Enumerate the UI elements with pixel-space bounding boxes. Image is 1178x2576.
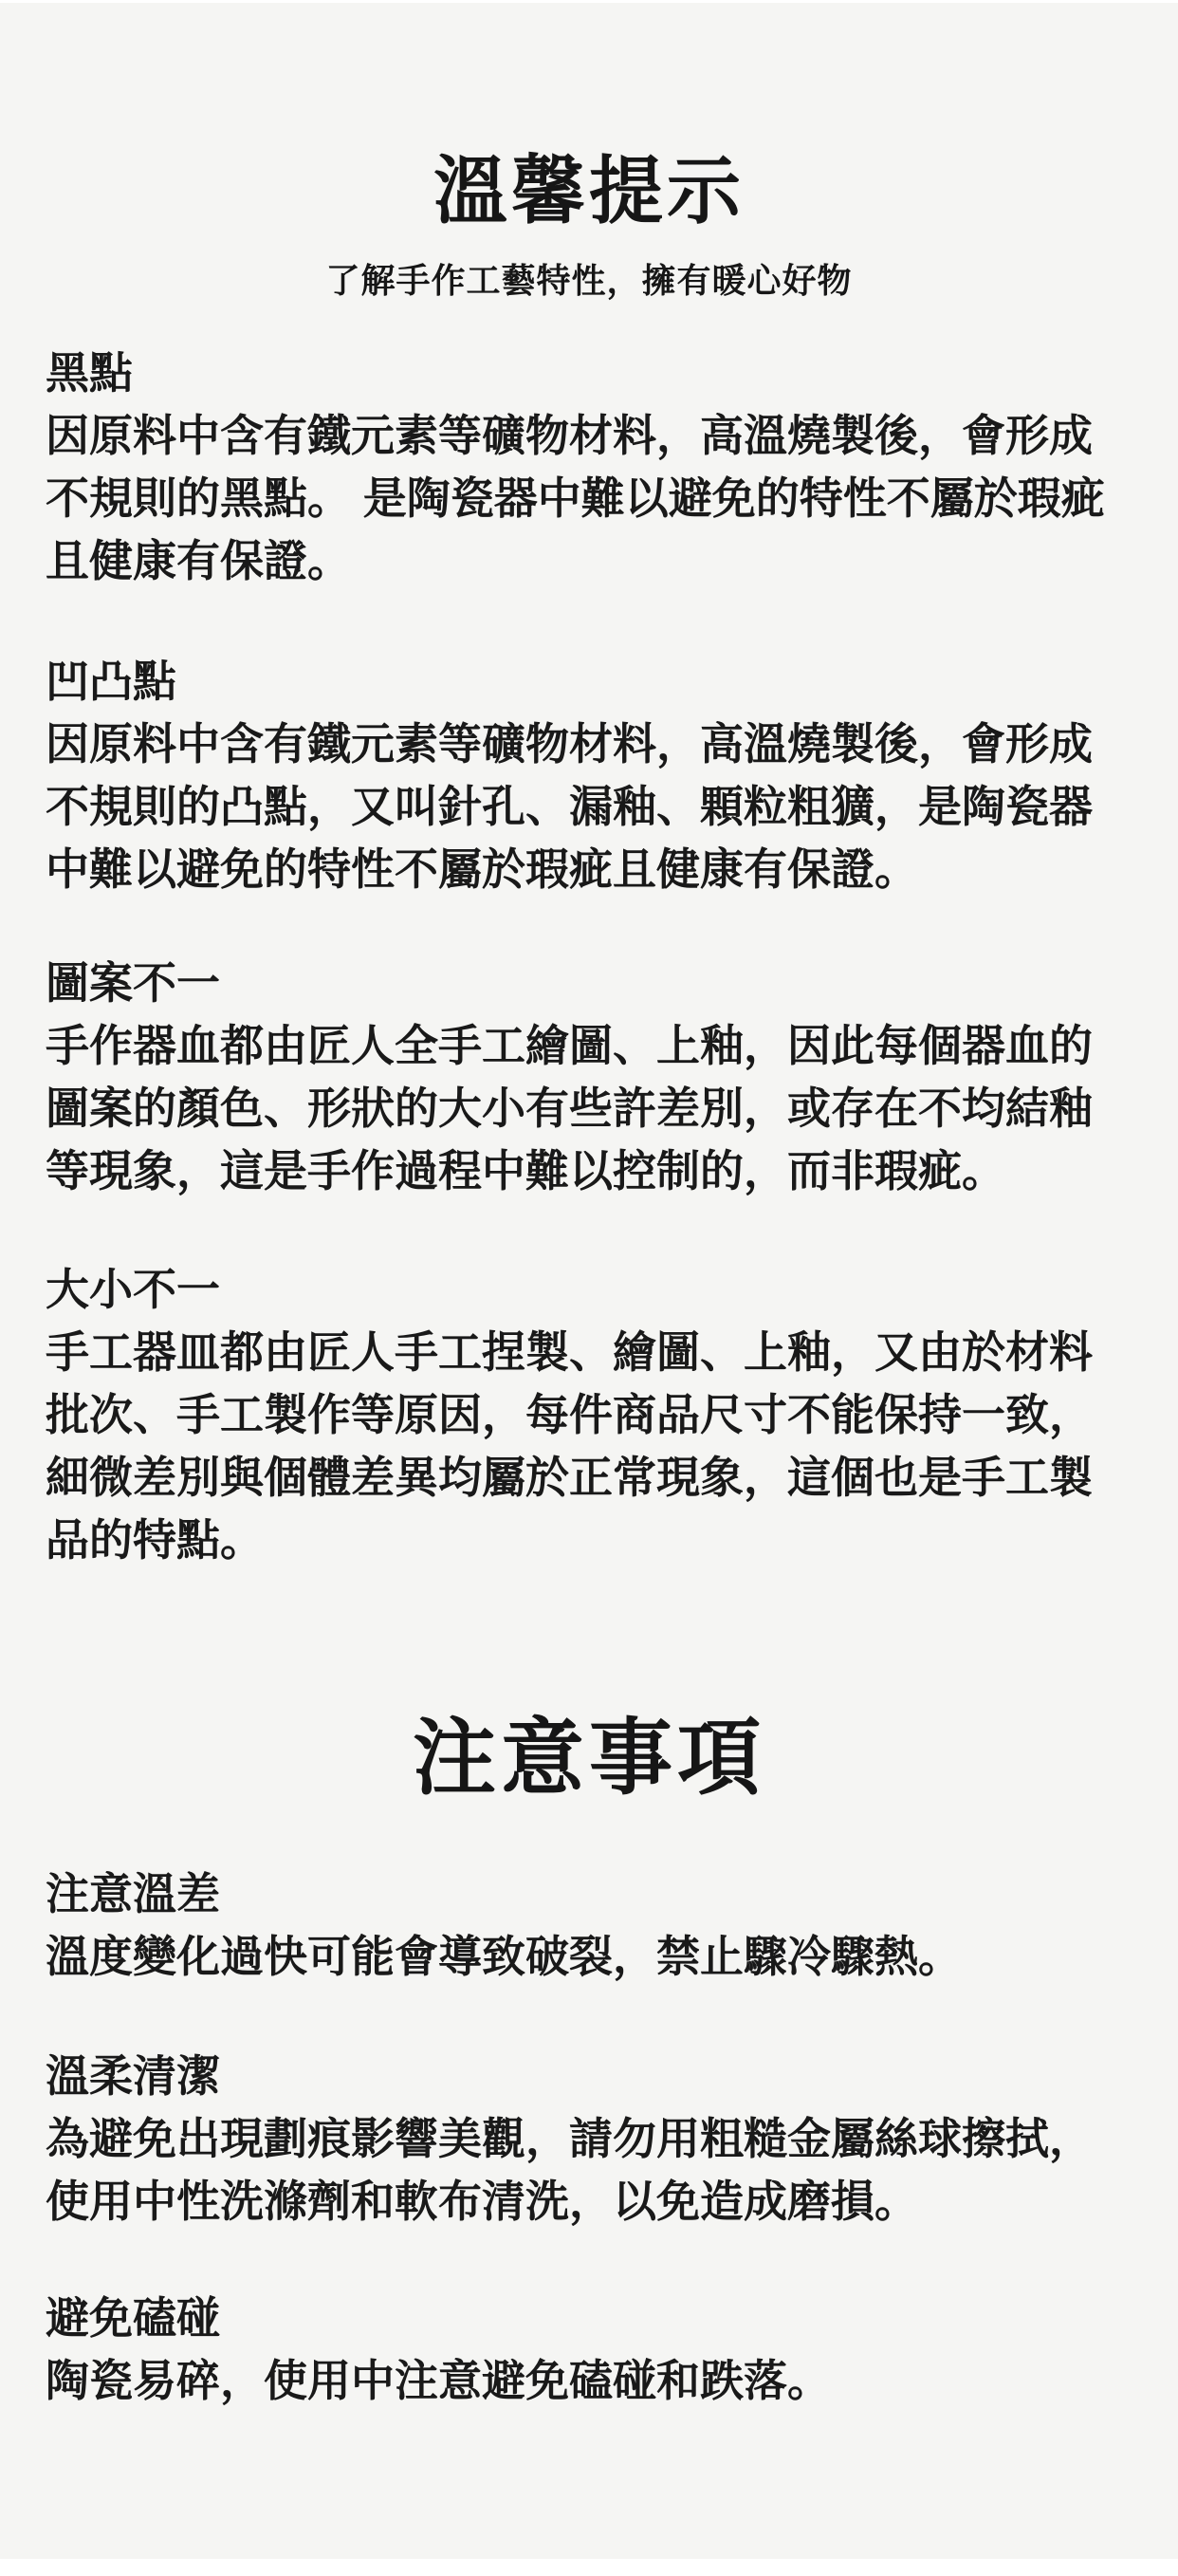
section-heading: 圖案不一 [46,952,1134,1014]
section-body: 溫度變化過快可能會導致破裂，禁止驟冷驟熱。 [46,1925,1134,1988]
top-divider [0,0,1178,3]
section-heading: 避免磕碰 [46,2287,1134,2349]
section-body: 陶瓷易碎，使用中注意避免磕碰和跌落。 [46,2349,1134,2412]
section-gentle-cleaning: 溫柔清潔 為避免出現劃痕影響美觀，請勿用粗糙金屬絲球擦拭，使用中性洗滌劑和軟布清… [46,2045,1134,2233]
section-avoid-collision: 避免磕碰 陶瓷易碎，使用中注意避免磕碰和跌落。 [46,2287,1134,2412]
section-heading: 溫柔清潔 [46,2045,1134,2107]
section-temperature-difference: 注意溫差 溫度變化過快可能會導致破裂，禁止驟冷驟熱。 [46,1863,1134,1988]
section-heading: 大小不一 [46,1258,1134,1321]
section-black-dots: 黑點 因原料中含有鐵元素等礦物材料，高溫燒製後，會形成不規則的黑點。 是陶瓷器中… [46,342,1134,592]
section-body: 手作器血都由匠人全手工繪圖、上釉，因此每個器血的圖案的顏色、形狀的大小有些許差別… [46,1014,1134,1202]
section-pattern-variation: 圖案不一 手作器血都由匠人全手工繪圖、上釉，因此每個器血的圖案的顏色、形狀的大小… [46,952,1134,1202]
warm-tips-title: 溫馨提示 [0,148,1178,233]
product-notice-page: 溫馨提示 了解手作工藝特性，擁有暖心好物 黑點 因原料中含有鐵元素等礦物材料，高… [0,0,1178,2576]
precautions-title: 注意事項 [0,1709,1178,1807]
section-heading: 注意溫差 [46,1863,1134,1925]
section-heading: 凹凸點 [46,650,1134,713]
section-body: 為避免出現劃痕影響美觀，請勿用粗糙金屬絲球擦拭，使用中性洗滌劑和軟布清洗，以免造… [46,2107,1134,2233]
section-size-variation: 大小不一 手工器皿都由匠人手工捏製、繪圖、上釉，又由於材料批次、手工製作等原因，… [46,1258,1134,1571]
section-body: 手工器皿都由匠人手工捏製、繪圖、上釉，又由於材料批次、手工製作等原因，每件商品尺… [46,1321,1134,1571]
section-body: 因原料中含有鐵元素等礦物材料，高溫燒製後，會形成不規則的凸點，又叫針孔、漏釉、顆… [46,713,1134,900]
section-body: 因原料中含有鐵元素等礦物材料，高溫燒製後，會形成不規則的黑點。 是陶瓷器中難以避… [46,404,1134,592]
section-heading: 黑點 [46,342,1134,404]
bottom-divider [0,2559,1178,2576]
section-bumpy-dots: 凹凸點 因原料中含有鐵元素等礦物材料，高溫燒製後，會形成不規則的凸點，又叫針孔、… [46,650,1134,900]
warm-tips-subtitle: 了解手作工藝特性，擁有暖心好物 [0,256,1178,306]
